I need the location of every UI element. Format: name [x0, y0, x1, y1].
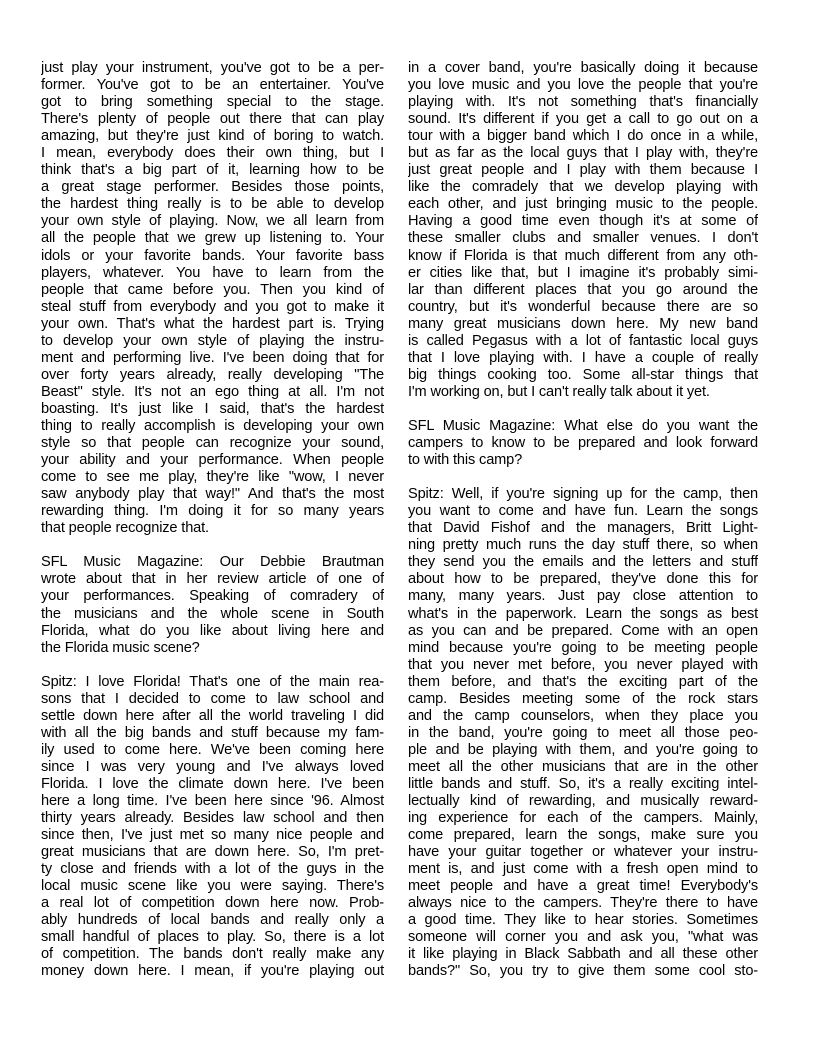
text-line: in a cover band, you're basically doing …	[408, 60, 758, 77]
text-line: settle down here after all the world tra…	[41, 708, 384, 725]
text-line: Spitz: I love Florida! That's one of the…	[41, 674, 384, 691]
text-line: always nice to the campers. They're ther…	[408, 895, 758, 912]
text-line: ing experience for each of the campers. …	[408, 810, 758, 827]
text-line: the musicians and the whole scene in Sou…	[41, 606, 384, 623]
text-line: that I love playing with. I have a coupl…	[408, 350, 758, 367]
text-line: think that's a big part of it, learning …	[41, 162, 384, 179]
left-column: just play your instrument, you've got to…	[41, 60, 384, 981]
text-line: players, whatever. You have to learn fro…	[41, 265, 384, 282]
text-line: ment and performing live. I've been doin…	[41, 350, 384, 367]
text-line: your performances. Speaking of comradery…	[41, 588, 384, 605]
text-line: know if Florida is that much different f…	[408, 248, 758, 265]
text-line: many, many years. Just pay close attenti…	[408, 588, 758, 605]
text-line: Florida, what do you like about living h…	[41, 623, 384, 640]
text-line: small handful of places to play. So, the…	[41, 929, 384, 946]
text-line: your own style of playing. Now, we all l…	[41, 213, 384, 230]
text-line: it like playing in Black Sabbath and all…	[408, 946, 758, 963]
text-line: amazing, but they're just kind of boring…	[41, 128, 384, 145]
text-line: great musicians that are down here. So, …	[41, 844, 384, 861]
text-line: er cities like that, but I imagine it's …	[408, 265, 758, 282]
text-line: over forty years already, really develop…	[41, 367, 384, 384]
text-line: playing with. It's not something that's …	[408, 94, 758, 111]
text-line: with all the big bands and stuff because…	[41, 725, 384, 742]
text-line: Having a good time even though it's at s…	[408, 213, 758, 230]
text-line: and the camp counselors, when they place…	[408, 708, 758, 725]
text-line: to with this camp?	[408, 452, 758, 469]
text-line: camp. Besides meeting some of the rock s…	[408, 691, 758, 708]
text-line: each other, and just bringing music to t…	[408, 196, 758, 213]
text-line: the Florida music scene?	[41, 640, 384, 657]
text-line: Beast" style. It's not an ego thing at a…	[41, 384, 384, 401]
text-line: meet all the other musicians that are in…	[408, 759, 758, 776]
text-line: in the band, you're going to meet all th…	[408, 725, 758, 742]
text-line: meet people and have a great time! Every…	[408, 878, 758, 895]
text-line: people that came before you. Then you ki…	[41, 282, 384, 299]
text-line: little bands and stuff. So, it's a reall…	[408, 776, 758, 793]
text-line: ty close and friends with a lot of the g…	[41, 861, 384, 878]
text-line: boasting. It's just like I said, that's …	[41, 401, 384, 418]
right-column: in a cover band, you're basically doing …	[408, 60, 758, 981]
text-line: saw anybody play that way!" And that's t…	[41, 486, 384, 503]
text-line: ple and be playing with them, and you're…	[408, 742, 758, 759]
spitz-answer-paragraph: Spitz: I love Florida! That's one of the…	[41, 674, 384, 981]
text-line: Florida. I love the climate down here. I…	[41, 776, 384, 793]
text-line: I mean, everybody does their own thing, …	[41, 145, 384, 162]
text-line: just play your instrument, you've got to…	[41, 60, 384, 77]
text-line: sons that I decided to come to law schoo…	[41, 691, 384, 708]
interviewer-question-paragraph: SFL Music Magazine: What else do you wan…	[408, 418, 758, 469]
text-line: thirty years already. Besides law school…	[41, 810, 384, 827]
text-line: the hardest thing really is to be able t…	[41, 196, 384, 213]
text-line: what's in the paperwork. Learn the songs…	[408, 606, 758, 623]
text-line: have your guitar together or whatever yo…	[408, 844, 758, 861]
text-line: them before, and that's the exciting par…	[408, 674, 758, 691]
text-line: country, but it's wonderful because ther…	[408, 299, 758, 316]
document-page: just play your instrument, you've got to…	[0, 0, 816, 1056]
text-line: come to see me play, they're like "wow, …	[41, 469, 384, 486]
text-line: someone will corner you and ask you, "wh…	[408, 929, 758, 946]
text-line: that you never met before, you never pla…	[408, 657, 758, 674]
text-line: wrote about that in her review article o…	[41, 571, 384, 588]
text-line: Spitz: Well, if you're signing up for th…	[408, 486, 758, 503]
text-line: a real lot of competition down here now.…	[41, 895, 384, 912]
interviewer-question-paragraph: SFL Music Magazine: Our Debbie Brautmanw…	[41, 554, 384, 656]
text-line: lar than different places that you go ar…	[408, 282, 758, 299]
text-line: they send you the emails and the letters…	[408, 554, 758, 571]
text-line: ning pretty much runs the day stuff ther…	[408, 537, 758, 554]
text-line: former. You've got to be an entertainer.…	[41, 77, 384, 94]
text-line: local music scene like you were saying. …	[41, 878, 384, 895]
text-line: steal stuff from everybody and you got t…	[41, 299, 384, 316]
text-line: idols or your favorite bands. Your favor…	[41, 248, 384, 265]
text-line: these smaller clubs and smaller venues. …	[408, 230, 758, 247]
text-line: but as far as the local guys that I play…	[408, 145, 758, 162]
text-line: got to bring something special to the st…	[41, 94, 384, 111]
text-line: money down here. I mean, if you're playi…	[41, 963, 384, 980]
text-line: you love music and you love the people t…	[408, 77, 758, 94]
text-line: you want to come and have fun. Learn the…	[408, 503, 758, 520]
text-line: ily used to come here. We've been coming…	[41, 742, 384, 759]
text-line: like the comradely that we develop playi…	[408, 179, 758, 196]
text-line: ably hundreds of local bands and really …	[41, 912, 384, 929]
text-line: is called Pegasus with a lot of fantasti…	[408, 333, 758, 350]
text-line: lectually kind of rewarding, and musical…	[408, 793, 758, 810]
text-line: mind because you're going to be meeting …	[408, 640, 758, 657]
answer-paragraph-continued: in a cover band, you're basically doing …	[408, 60, 758, 401]
text-line: SFL Music Magazine: Our Debbie Brautman	[41, 554, 384, 571]
text-line: that David Fishof and the managers, Brit…	[408, 520, 758, 537]
text-line: since I was very young and I've always l…	[41, 759, 384, 776]
text-line: big things cooking too. Some all-star th…	[408, 367, 758, 384]
text-line: sound. It's different if you get a call …	[408, 111, 758, 128]
text-line: about how to be prepared, they've done t…	[408, 571, 758, 588]
text-line: tour with a bigger band which I do once …	[408, 128, 758, 145]
text-line: to develop your own style of playing the…	[41, 333, 384, 350]
text-line: campers to know to be prepared and look …	[408, 435, 758, 452]
text-line: thing to really accomplish is developing…	[41, 418, 384, 435]
text-line: your ability and your performance. When …	[41, 452, 384, 469]
text-line: as you can and be prepared. Come with an…	[408, 623, 758, 640]
text-line: bands?" So, you try to give them some co…	[408, 963, 758, 980]
text-line: come prepared, learn the songs, make sur…	[408, 827, 758, 844]
text-line: your own. That's what the hardest part i…	[41, 316, 384, 333]
text-line: here a long time. I've been here since '…	[41, 793, 384, 810]
text-line: since then, I've just met so many nice p…	[41, 827, 384, 844]
text-line: just great people and I play with them b…	[408, 162, 758, 179]
spitz-answer-paragraph: Spitz: Well, if you're signing up for th…	[408, 486, 758, 980]
answer-paragraph-continued: just play your instrument, you've got to…	[41, 60, 384, 537]
text-line: ment is, and just come with a fresh open…	[408, 861, 758, 878]
text-line: a good time. They like to hear stories. …	[408, 912, 758, 929]
text-line: a great stage performer. Besides those p…	[41, 179, 384, 196]
text-line: I'm working on, but I can't really talk …	[408, 384, 758, 401]
text-line: rewarding thing. I'm doing it for so man…	[41, 503, 384, 520]
text-line: There's plenty of people out there that …	[41, 111, 384, 128]
text-line: SFL Music Magazine: What else do you wan…	[408, 418, 758, 435]
text-line: style so that people can recognize your …	[41, 435, 384, 452]
text-line: of competition. The bands don't really m…	[41, 946, 384, 963]
text-line: many great musicians down here. My new b…	[408, 316, 758, 333]
text-line: that people recognize that.	[41, 520, 384, 537]
text-line: all the people that we grew up listening…	[41, 230, 384, 247]
